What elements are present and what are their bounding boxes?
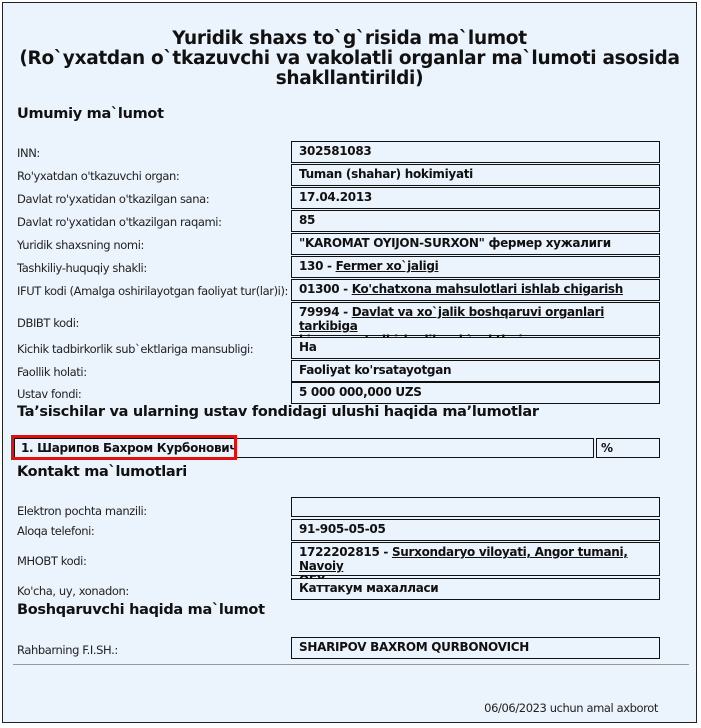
field-label-registration-date: Davlat ro'yxatidan o'tkazilgan sana: [17,192,209,206]
mhobt-code: 1722202815 [299,545,380,559]
section-heading-general: Umumiy ma`lumot [17,106,164,122]
founder-share: % [596,438,660,458]
field-value-registering-organ: Tuman (shahar) hokimiyati [291,164,660,186]
document-page: Yuridik shaxs to`g`risida ma`lumot (Ro`y… [2,2,697,723]
field-value-manager-name: SHARIPOV BAXROM QURBONOVICH [291,637,660,659]
footer-validity-text: 06/06/2023 uchun amal axborot [484,701,658,715]
field-label-street-address: Ko'cha, uy, xonadon: [17,584,129,598]
field-value-phone: 91-905-05-05 [291,519,660,541]
field-label-charter-fund: Ustav fondi: [17,387,81,401]
field-label-entity-name: Yuridik shaxsning nomi: [17,238,144,252]
field-label-email: Elektron pochta manzili: [17,504,147,518]
legal-form-code: 130 [299,259,323,273]
field-label-activity-status: Faollik holati: [17,365,87,379]
field-label-inn: INN: [17,146,40,160]
title-line-3: shakllantirildi) [3,69,696,89]
field-value-email [291,497,660,517]
field-label-mhobt: MHOBT kodi: [17,554,86,568]
field-label-legal-form: Tashkiliy-huquqiy shakli: [17,261,147,275]
ifut-link[interactable]: Ko'chatxona mahsulotlari ishlab chigaris… [352,282,623,296]
section-heading-contact: Kontakt ma`lumotlari [17,464,187,480]
field-value-activity-status: Faoliyat ko'rsatayotgan [291,360,660,382]
section-heading-manager: Boshqaruvchi haqida ma`lumot [17,602,265,618]
field-label-registration-number: Davlat ro'yxatidan o'tkazilgan raqami: [17,215,222,229]
field-label-manager-name: Rahbarning F.I.SH.: [17,643,118,657]
section-heading-founders: Ta’sischilar va ularning ustav fondidagi… [17,404,539,420]
field-label-dbibt: DBIBT kodi: [17,316,79,330]
field-value-street-address: Каттакум махалласи [291,578,660,600]
title-line-2: (Ro`yxatdan o`tkazuvchi va vakolatli org… [3,49,696,69]
field-value-dbibt: 79994 - Davlat va xo`jalik boshqaruvi or… [291,302,660,336]
title-line-1: Yuridik shaxs to`g`risida ma`lumot [3,29,696,49]
field-value-entity-name: "KAROMAT OYIJON-SURXON" фермер хужалиги [291,233,660,255]
ifut-code: 01300 [299,282,339,296]
field-label-registering-organ: Ro'yxatdan o'tkazuvchi organ: [17,169,179,183]
field-label-phone: Aloqa telefoni: [17,524,94,538]
field-value-charter-fund: 5 000 000,000 UZS [291,382,660,404]
divider [13,664,689,665]
page-title: Yuridik shaxs to`g`risida ma`lumot (Ro`y… [3,29,696,89]
dbibt-code: 79994 [299,305,339,319]
field-value-legal-form: 130 - Fermer xo`jaligi [291,256,660,278]
dbibt-link-line1[interactable]: Davlat va xo`jalik boshqaruvi organlari … [299,305,604,333]
field-label-small-business: Kichik tadbirkorlik sub`ektlariga mansub… [17,342,253,356]
field-value-small-business: Ha [291,337,660,359]
field-value-mhobt: 1722202815 - Surxondaryo viloyati, Angor… [291,542,660,576]
field-label-ifut: IFUT kodi (Amalga oshirilayotgan faoliya… [17,284,288,298]
field-value-registration-number: 85 [291,210,660,232]
field-value-inn: 302581083 [291,141,660,163]
legal-form-link[interactable]: Fermer xo`jaligi [336,259,439,273]
founder-name: 1. Шарипов Бахром Курбонович [14,438,594,458]
field-value-ifut: 01300 - Ko'chatxona mahsulotlari ishlab … [291,279,660,301]
field-value-registration-date: 17.04.2013 [291,187,660,209]
